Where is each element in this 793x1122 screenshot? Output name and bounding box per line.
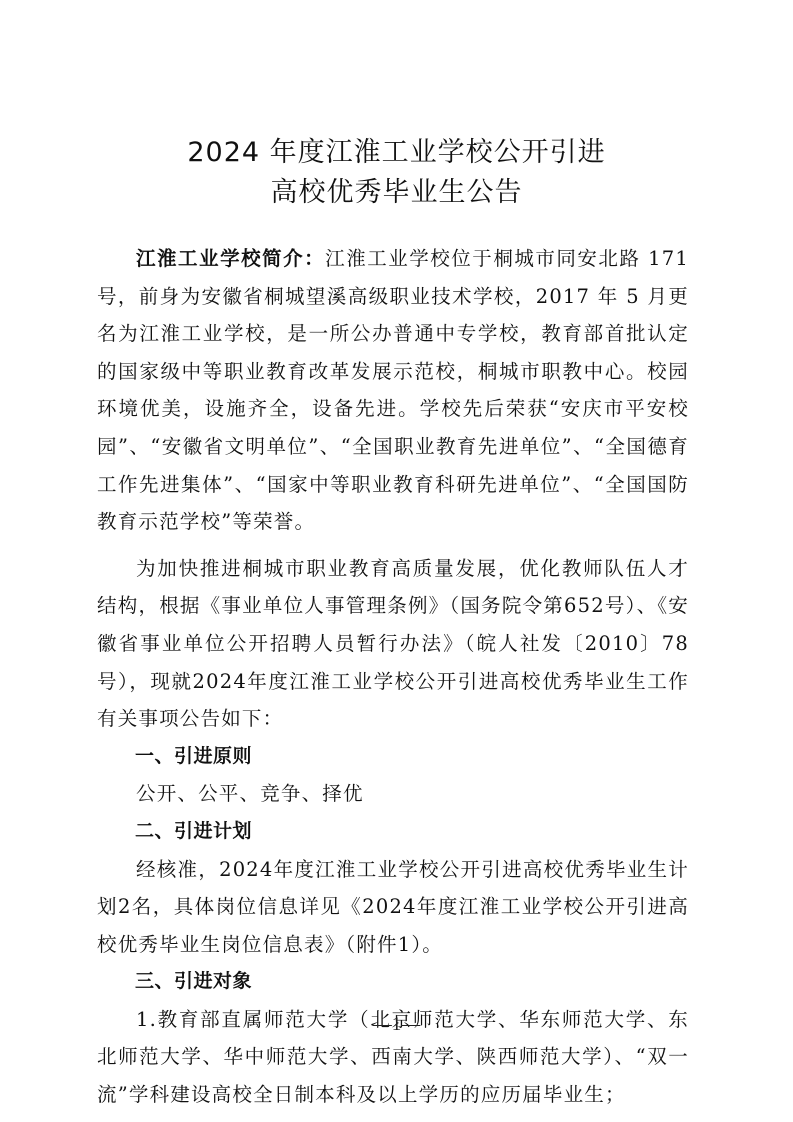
intro-text: 江淮工业学校位于桐城市同安北路 171 号，前身为安徽省桐城望溪高级职业技术学校… — [97, 247, 689, 533]
document-body: 江淮工业学校简介：江淮工业学校位于桐城市同安北路 171 号，前身为安徽省桐城望… — [97, 240, 689, 1114]
section-heading-principles: 一、引进原则 — [97, 738, 689, 776]
page-number: —1— — [0, 1014, 793, 1036]
intro-paragraph: 江淮工业学校简介：江淮工业学校位于桐城市同安北路 171 号，前身为安徽省桐城望… — [97, 240, 689, 541]
section-content-plan: 经核准，2024年度江淮工业学校公开引进高校优秀毕业生计划2名，具体岗位信息详见… — [97, 851, 689, 964]
preamble-paragraph: 为加快推进桐城市职业教育高质量发展，优化教师队伍人才结构，根据《事业单位人事管理… — [97, 550, 689, 738]
document-title-line1: 2024 年度江淮工业学校公开引进 — [0, 130, 793, 169]
document-title-line2: 高校优秀毕业生公告 — [0, 170, 793, 209]
intro-lead: 江淮工业学校简介： — [136, 247, 325, 270]
section-content-principles: 公开、公平、竞争、择优 — [97, 775, 689, 813]
section-heading-targets: 三、引进对象 — [97, 963, 689, 1001]
section-heading-plan: 二、引进计划 — [97, 813, 689, 851]
document-page: 2024 年度江淮工业学校公开引进 高校优秀毕业生公告 江淮工业学校简介：江淮工… — [0, 0, 793, 1122]
